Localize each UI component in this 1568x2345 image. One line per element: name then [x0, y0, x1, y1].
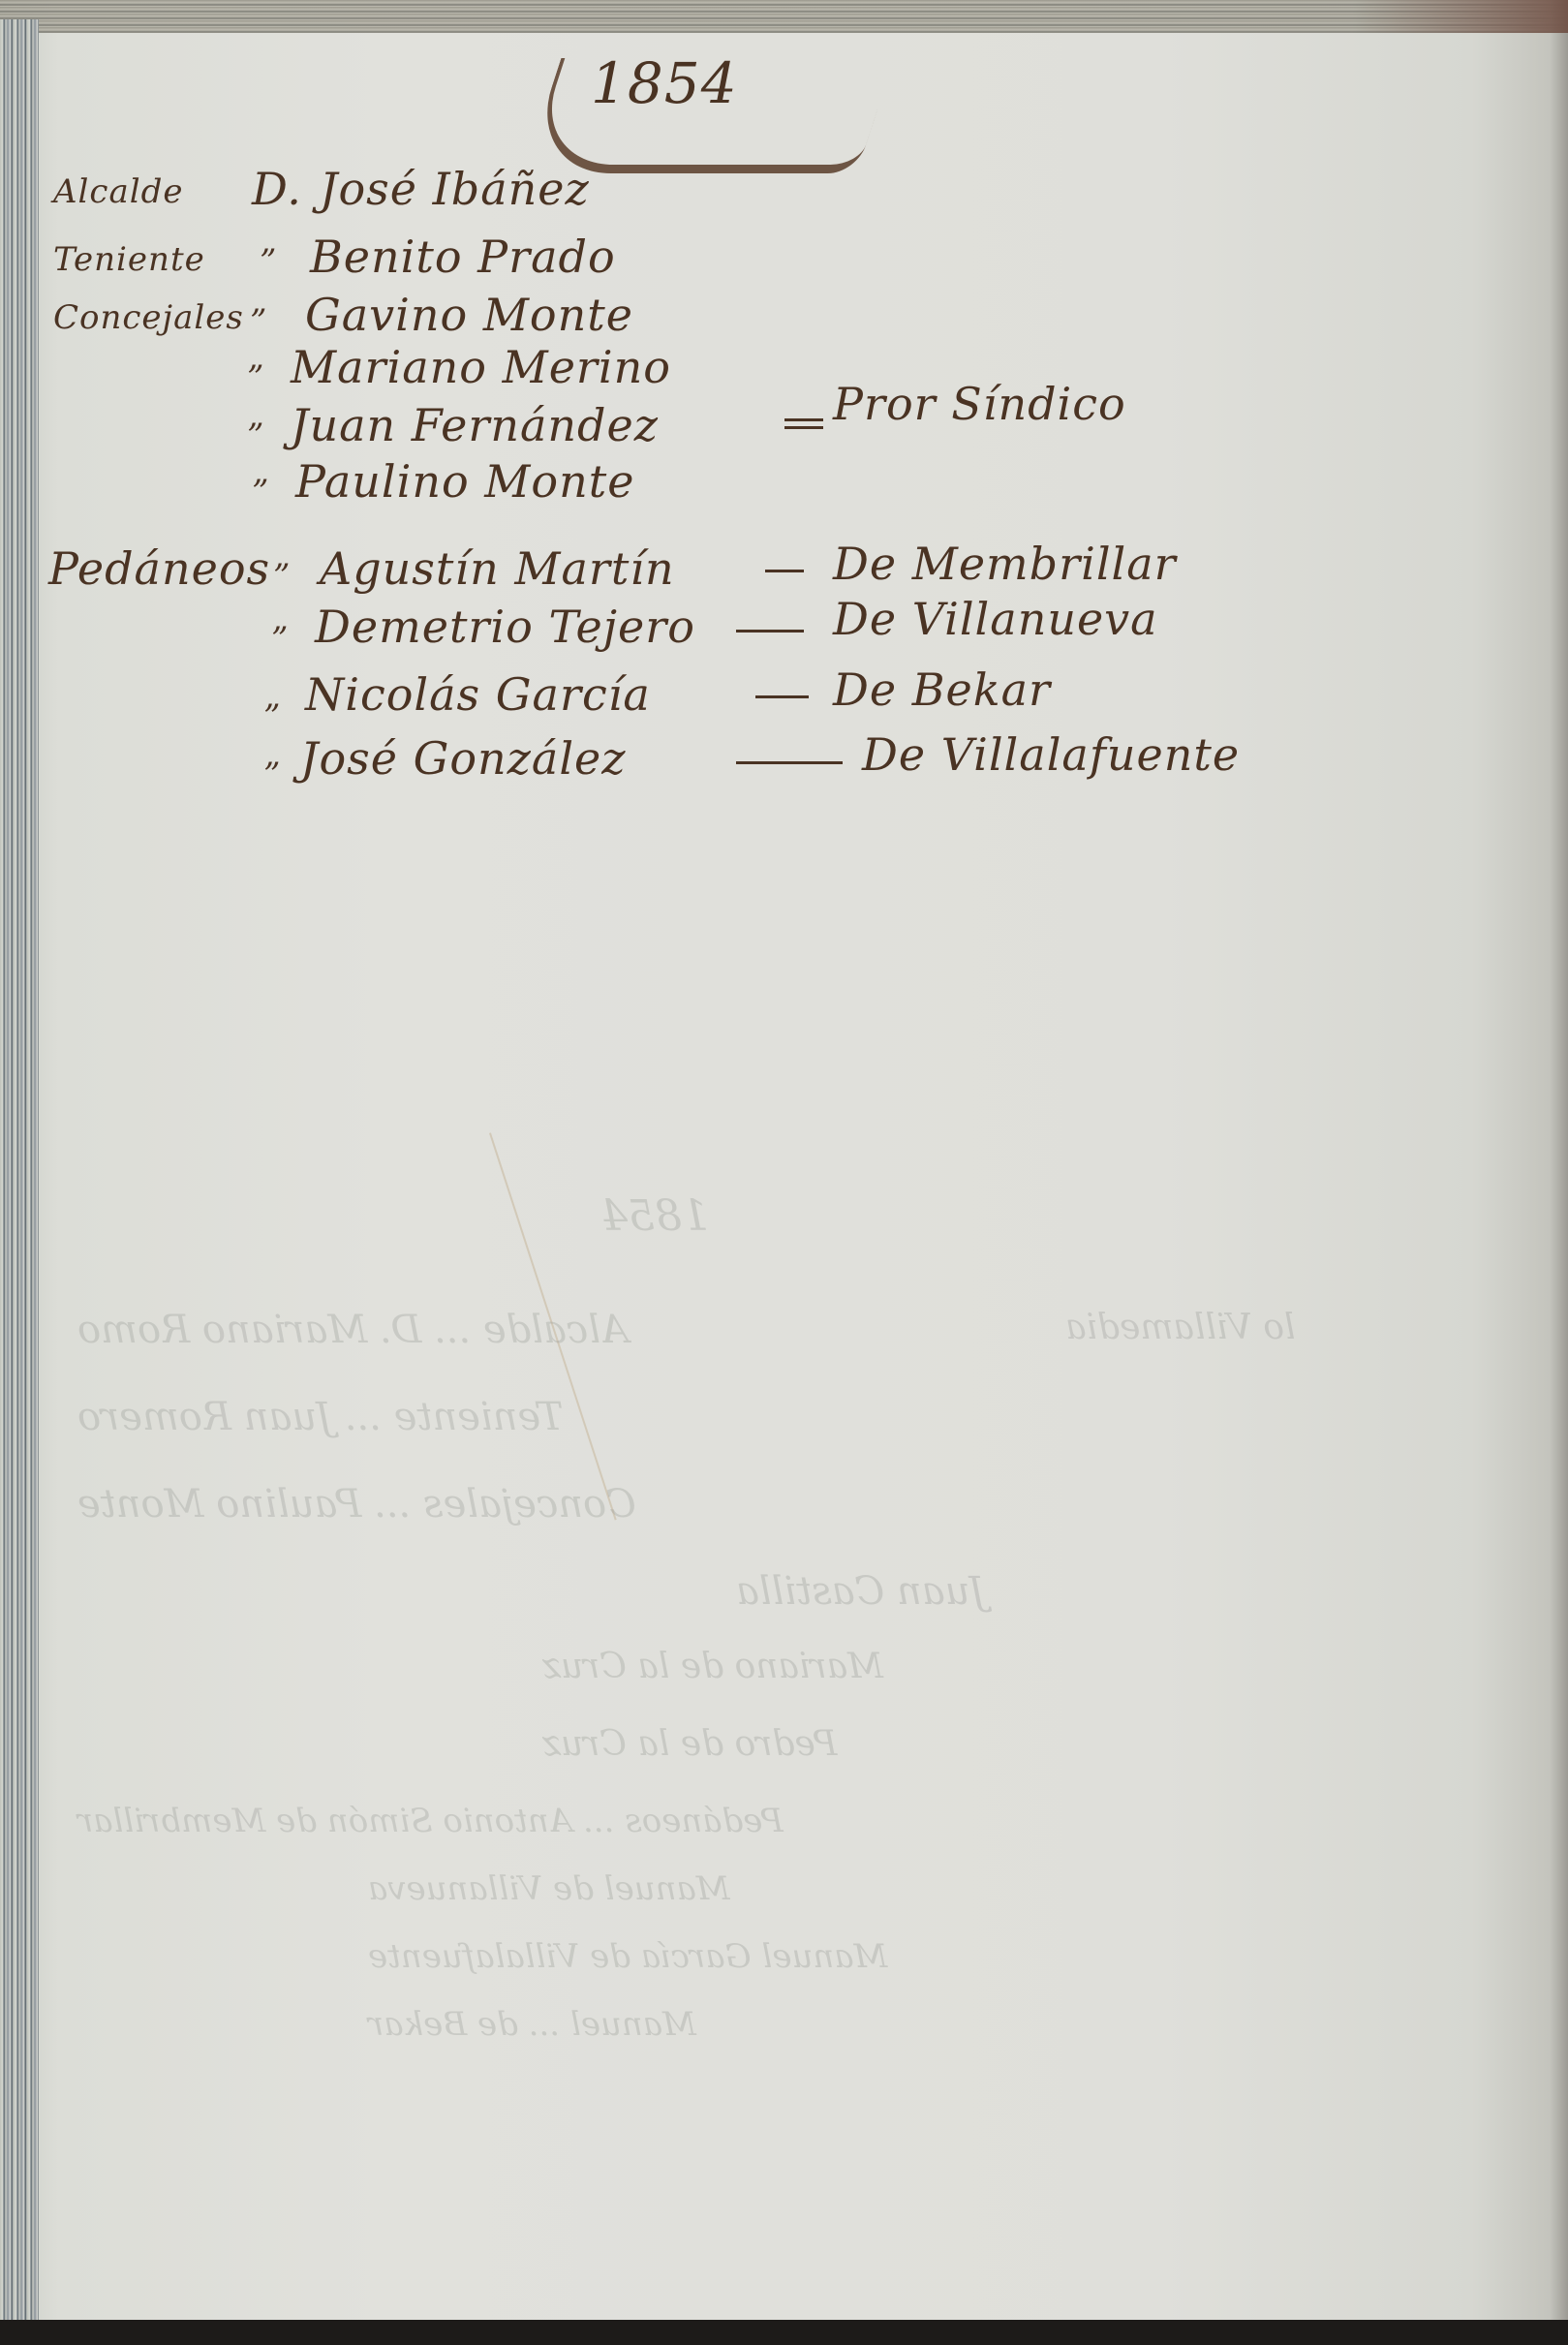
year-heading: 1854 [591, 50, 738, 116]
dash-separator [765, 570, 804, 572]
role-label: Concejales [53, 298, 244, 337]
bleed-through-text: Manuel García de Villalafuente [368, 1937, 887, 1976]
official-name: Paulino Monte [295, 455, 634, 508]
ditto-mark: ” [260, 242, 277, 281]
ditto-mark: ” [247, 358, 264, 397]
bleed-through-text: lo Villamedia [1065, 1308, 1295, 1347]
bleed-through-text: Teniente ... Juan Romero [77, 1395, 564, 1439]
bleed-through-text: Pedáneos ... Antonio Simón de Membrillar [77, 1802, 784, 1840]
ditto-mark: ” [271, 620, 289, 659]
official-name: José Ibáñez [320, 163, 590, 215]
official-name: Benito Prado [310, 231, 616, 283]
dash-separator [784, 418, 823, 421]
pedaneo-name: Demetrio Tejero [315, 601, 695, 653]
pedaneo-place: De Villanueva [833, 593, 1158, 645]
pedaneo-name: Agustín Martín [320, 542, 675, 595]
official-title-note: Pror Síndico [833, 378, 1126, 430]
official-name: Juan Fernández [291, 399, 659, 451]
ditto-mark: ” [250, 302, 267, 341]
role-label: Teniente [53, 240, 205, 279]
pedaneo-place: De Bekar [833, 663, 1051, 716]
role-label: Alcalde [53, 172, 184, 211]
ditto-mark: ” [263, 756, 281, 794]
ditto-mark: ” [273, 557, 291, 596]
manuscript-page: 1854 Alcalde ... D. Mariano Romo lo Vill… [0, 0, 1568, 2330]
ditto-mark: ” [263, 697, 281, 736]
bleed-through-text: Alcalde ... D. Mariano Romo [77, 1308, 629, 1352]
ditto-mark: ” [247, 417, 264, 455]
bleed-through-text: Mariano de la Cruz [542, 1647, 883, 1686]
page-stack-edges [0, 0, 1568, 33]
section-label-pedaneos: Pedáneos [48, 542, 270, 595]
bleed-through-text: Manuel de Villanueva [368, 1869, 730, 1908]
dash-separator [784, 426, 823, 429]
dash-separator [736, 761, 843, 764]
scan-background [0, 2320, 1568, 2345]
name-prefix: D. [252, 163, 302, 215]
ditto-mark: ” [252, 473, 269, 511]
official-name: Gavino Monte [305, 289, 633, 341]
bleed-through-text: 1854 [600, 1191, 709, 1241]
bleed-through-text: Concejales ... Paulino Monte [77, 1482, 636, 1527]
dash-separator [755, 695, 809, 698]
pedaneo-place: De Villalafuente [862, 728, 1240, 781]
bleed-through-text: Juan Castilla [736, 1569, 985, 1614]
official-name: Mariano Merino [291, 341, 671, 393]
pedaneo-place: De Membrillar [833, 538, 1177, 590]
pedaneo-name: Nicolás García [305, 668, 651, 721]
pedaneo-name: José González [300, 732, 626, 785]
bleed-through-text: Pedro de la Cruz [542, 1724, 837, 1764]
dash-separator [736, 630, 804, 633]
bleed-through-text: Manuel ... de Bekar [368, 2005, 696, 2044]
book-binding-edge [0, 19, 39, 2330]
